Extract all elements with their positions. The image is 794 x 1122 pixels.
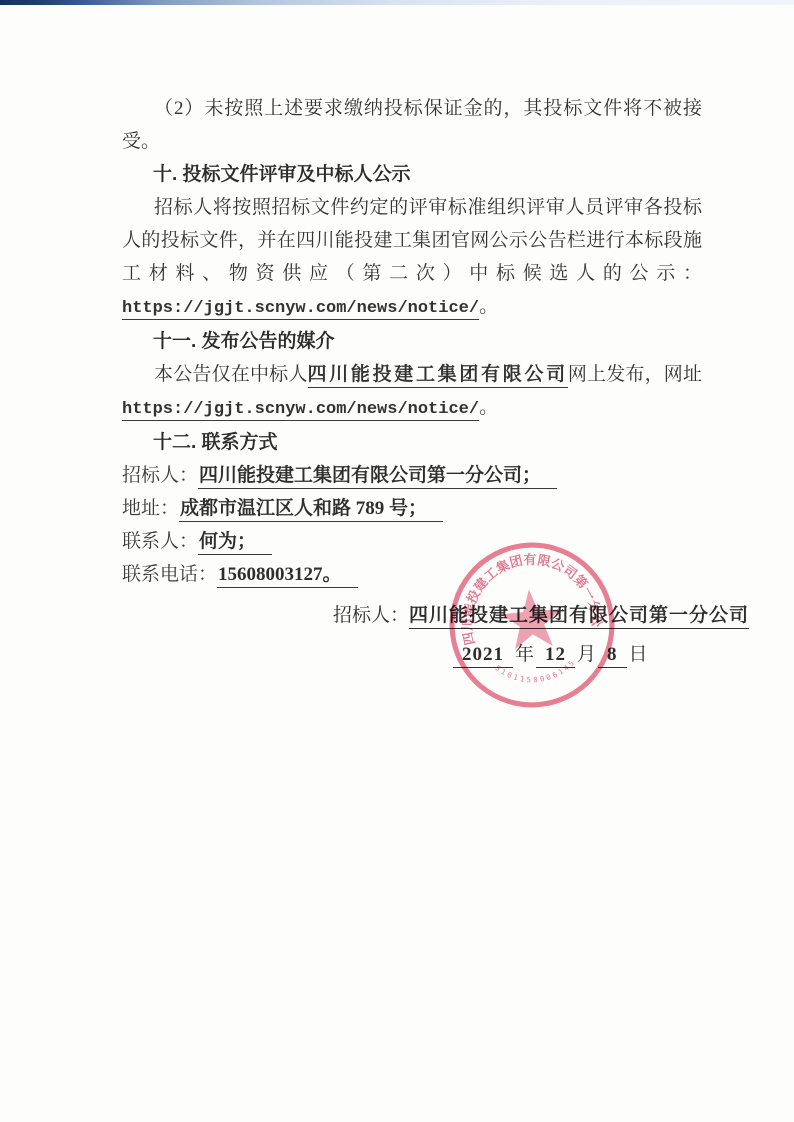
signature-label: 招标人： [333, 605, 409, 626]
section-11-paragraph: 本公告仅在中标人四川能投建工集团有限公司网上发布，网址https://jgjt.… [122, 358, 702, 426]
winner-company-name: 四川能投建工集团有限公司 [308, 364, 568, 388]
date-year-unit: 年 [515, 644, 534, 665]
section-10-period: 。 [479, 296, 498, 317]
section-10-url: https://jgjt.scnyw.com/news/notice/ [122, 299, 479, 320]
contact-label-phone: 联系电话： [122, 564, 217, 585]
section-11-period: 。 [479, 397, 498, 418]
date-day: 8 [598, 644, 627, 668]
clause-2-line: （2）未按照上述要求缴纳投标保证金的，其投标文件将不被接受。 [122, 92, 702, 158]
scanned-document-page: （2）未按照上述要求缴纳投标保证金的，其投标文件将不被接受。 十. 投标文件评审… [0, 0, 794, 1122]
contact-value-phone: 15608003127。 [217, 564, 358, 588]
contact-value-tenderer: 四川能投建工集团有限公司第一分公司； [198, 465, 557, 489]
document-body: （2）未按照上述要求缴纳投标保证金的，其投标文件将不被接受。 十. 投标文件评审… [122, 92, 702, 591]
signature-line: 招标人：四川能投建工集团有限公司第一分公司 [333, 601, 749, 631]
date-month: 12 [536, 644, 575, 668]
contact-row-phone: 联系电话：15608003127。 [122, 558, 702, 591]
section-10-paragraph: 招标人将按照招标文件约定的评审标准组织评审人员评审各投标人的投标文件，并在四川能… [122, 191, 702, 325]
section-11-text-middle: 网上发布，网址 [568, 364, 702, 385]
signature-date-line: 2021年12月8日 [333, 640, 749, 670]
contact-label-tenderer: 招标人： [122, 465, 198, 486]
contact-label-address: 地址： [122, 498, 179, 519]
section-11-heading: 十一. 发布公告的媒介 [122, 325, 702, 358]
scan-edge-artifact [0, 0, 794, 5]
section-10-text: 招标人将按照招标文件约定的评审标准组织评审人员评审各投标人的投标文件，并在四川能… [122, 197, 702, 284]
contact-value-person: 何为； [198, 531, 272, 555]
date-month-unit: 月 [577, 644, 596, 665]
contact-row-address: 地址：成都市温江区人和路 789 号； [122, 492, 702, 525]
contact-row-person: 联系人：何为； [122, 525, 702, 558]
date-year: 2021 [453, 644, 513, 668]
contact-value-address: 成都市温江区人和路 789 号； [179, 498, 443, 522]
section-11-text-prefix: 本公告仅在中标人 [154, 364, 308, 385]
contact-label-person: 联系人： [122, 531, 198, 552]
signature-block: 招标人：四川能投建工集团有限公司第一分公司 2021年12月8日 [333, 601, 749, 670]
contact-row-tenderer: 招标人：四川能投建工集团有限公司第一分公司； [122, 459, 702, 492]
section-12-heading: 十二. 联系方式 [122, 426, 702, 459]
section-10-heading: 十. 投标文件评审及中标人公示 [122, 158, 702, 191]
date-day-unit: 日 [629, 644, 648, 665]
signature-company-name: 四川能投建工集团有限公司第一分公司 [409, 605, 749, 629]
section-11-url: https://jgjt.scnyw.com/news/notice/ [122, 400, 479, 421]
